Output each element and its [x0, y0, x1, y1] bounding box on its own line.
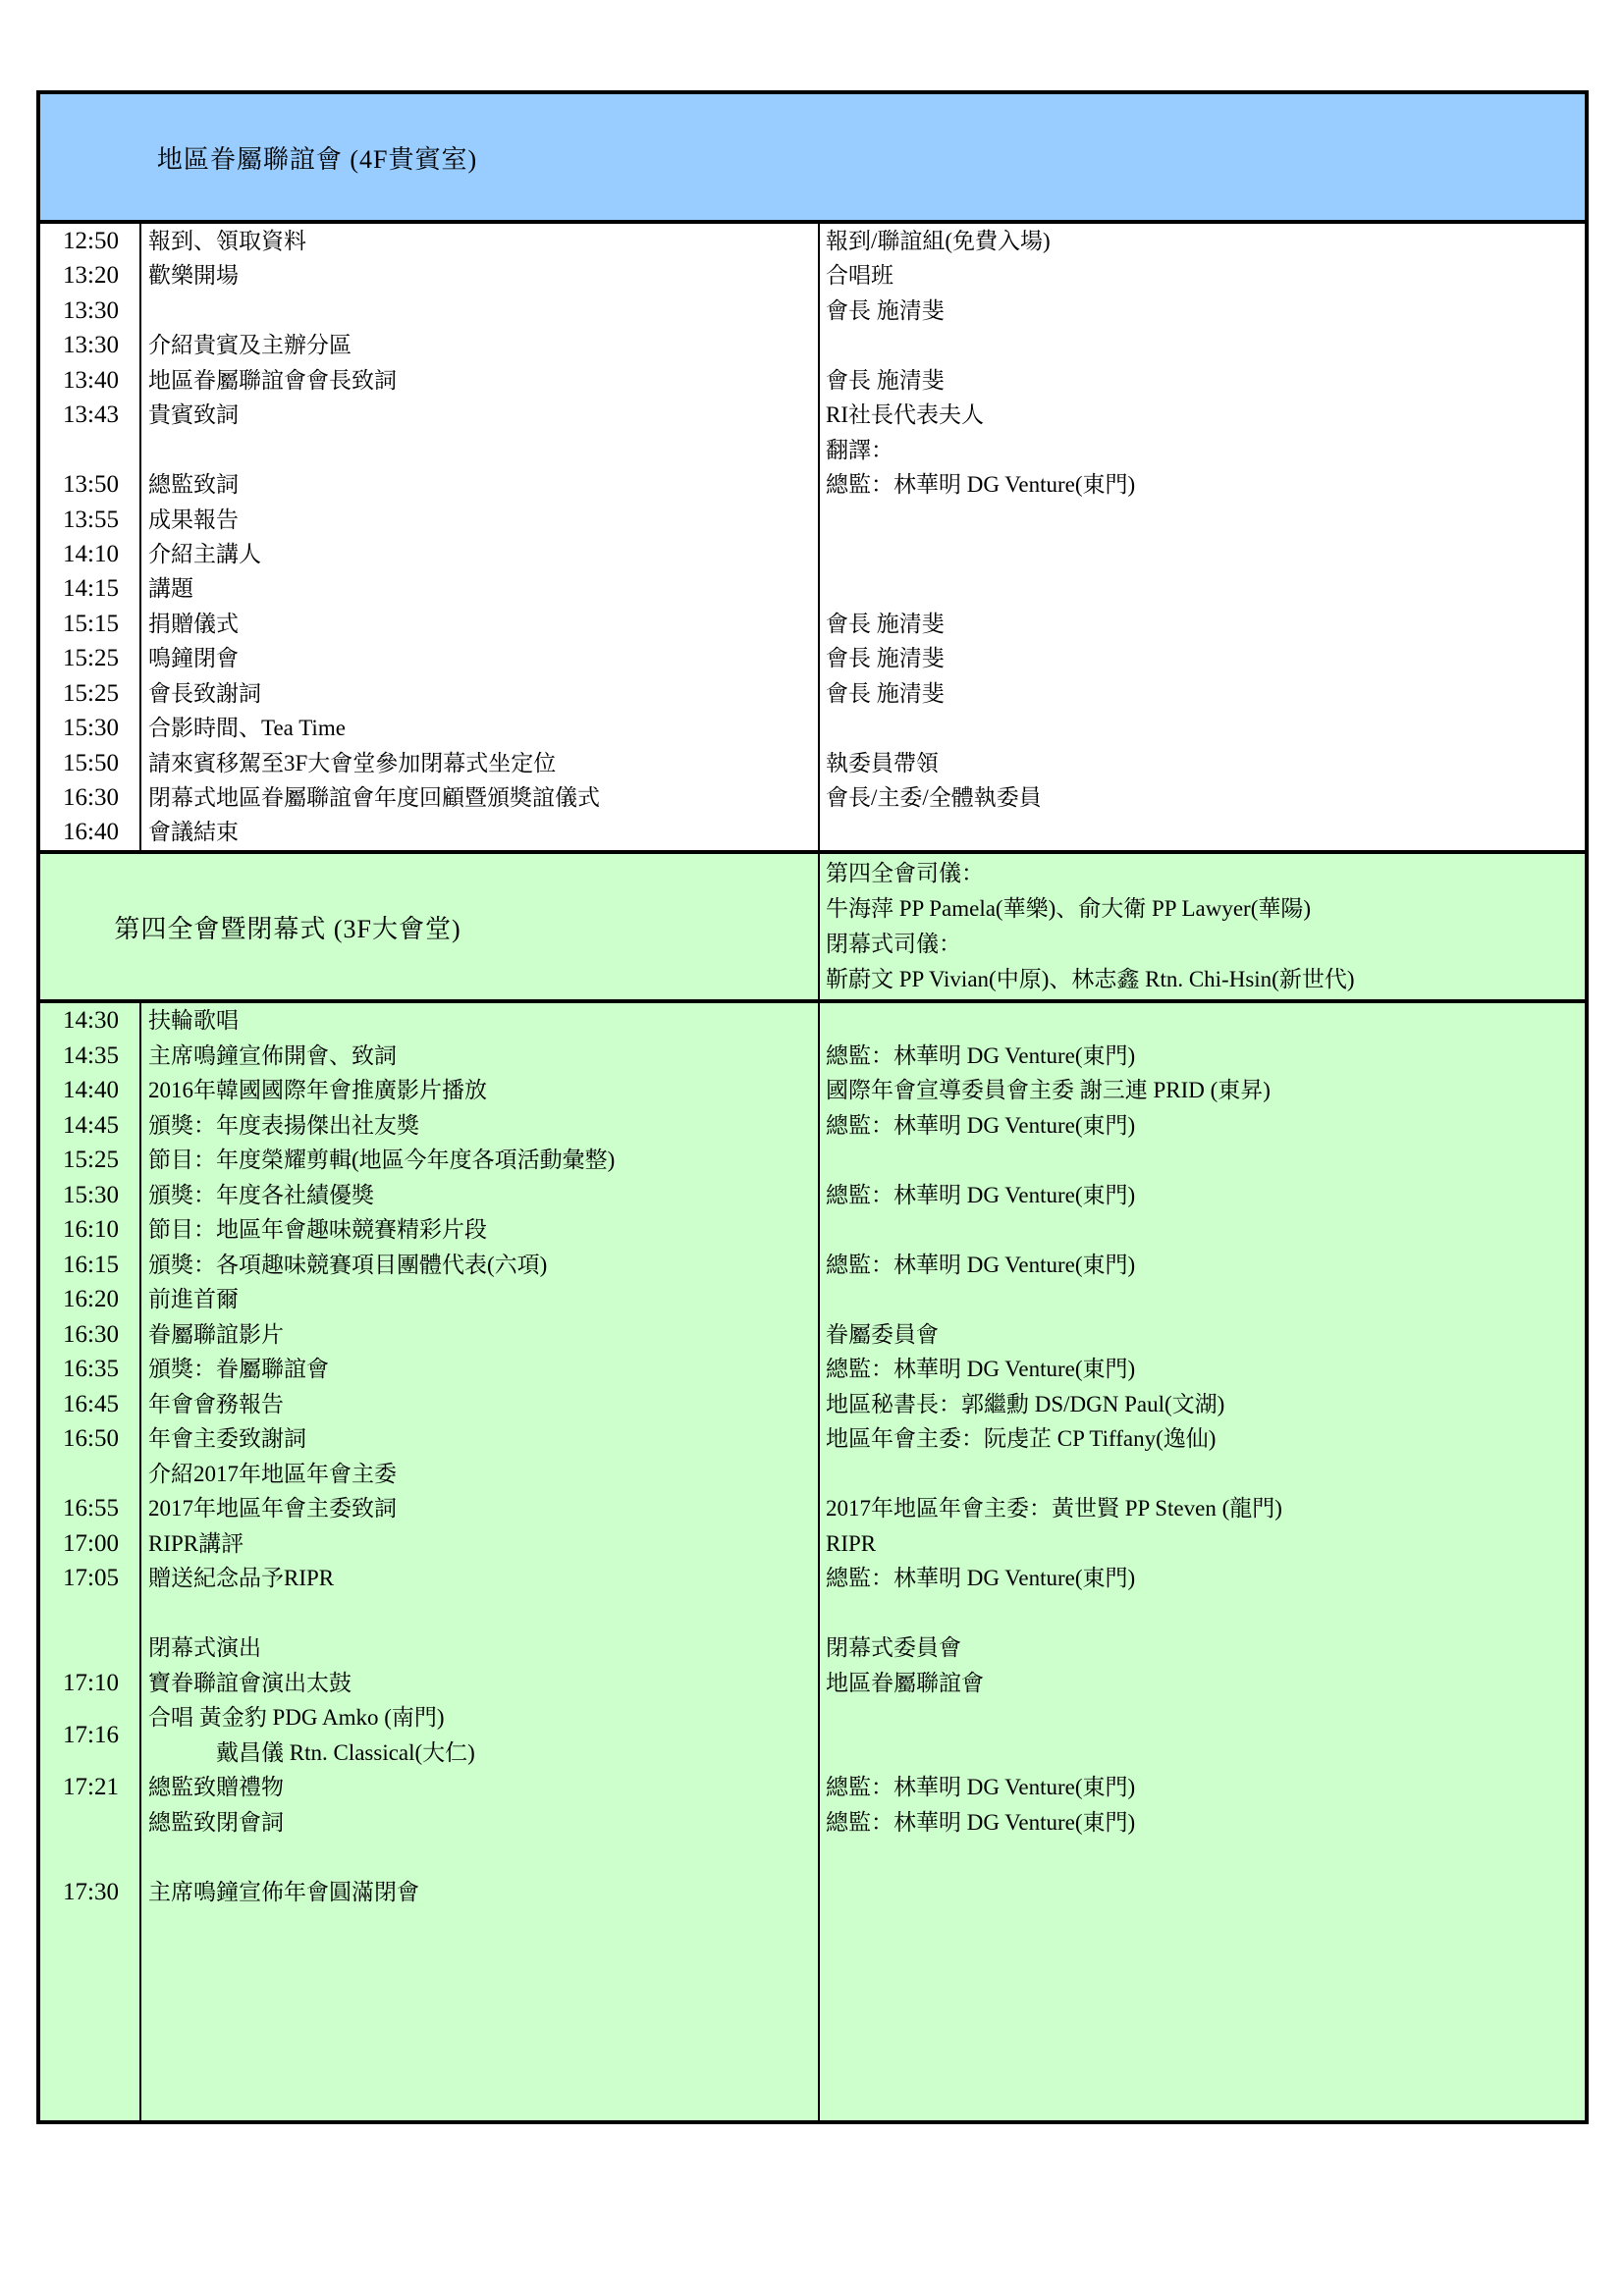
time-cell: 16:15	[40, 1248, 141, 1283]
event-line: 2017年地區年會主委致詞	[148, 1491, 820, 1526]
time-cell: 16:50	[40, 1421, 141, 1457]
time-cell	[40, 433, 141, 467]
staff-cell: 2017年地區年會主委：黃世賢 PP Steven (龍門)	[820, 1491, 1585, 1526]
time-cell: 13:30	[40, 328, 141, 362]
time-cell	[40, 1630, 141, 1666]
emcee-line: 第四全會司儀：	[820, 856, 1585, 891]
section1-title: 地區眷屬聯誼會 (4F貴賓室)	[40, 94, 594, 220]
event-cell: 合影時間、Tea Time	[141, 711, 820, 745]
staff-cell: 合唱班	[820, 258, 1585, 293]
time-cell: 13:30	[40, 294, 141, 328]
time-cell: 15:50	[40, 746, 141, 780]
time-cell: 16:30	[40, 1317, 141, 1353]
event-cell: 主席鳴鐘宣佈年會圓滿閉會	[141, 1875, 820, 1910]
staff-cell: 總監：林華明 DG Venture(東門)	[820, 1108, 1585, 1144]
staff-cell: 地區年會主委：阮虔芷 CP Tiffany(逸仙)	[820, 1421, 1585, 1457]
time-cell: 14:40	[40, 1073, 141, 1108]
schedule-row: 介紹2017年地區年會主委	[40, 1457, 1585, 1492]
time-cell: 16:30	[40, 780, 141, 815]
schedule-row: 15:25會長致謝詞會長 施清斐	[40, 676, 1585, 711]
event-cell	[141, 433, 820, 467]
event-cell: 介紹主講人	[141, 537, 820, 571]
schedule-row: 16:552017年地區年會主委致詞2017年地區年會主委：黃世賢 PP Ste…	[40, 1491, 1585, 1526]
schedule-row: 閉幕式演出閉幕式委員會	[40, 1630, 1585, 1666]
time-cell: 13:40	[40, 363, 141, 398]
time-cell: 14:45	[40, 1108, 141, 1144]
event-line: 鳴鐘閉會	[148, 641, 820, 675]
event-cell: 贈送紀念品予RIPR	[141, 1561, 820, 1596]
section2-header-band: 第四全會暨閉幕式 (3F大會堂) 第四全會司儀：牛海萍 PP Pamela(華樂…	[40, 854, 1585, 1003]
schedule-row: 14:35主席鳴鐘宣佈開會、致詞總監：林華明 DG Venture(東門)	[40, 1039, 1585, 1074]
time-cell: 17:30	[40, 1875, 141, 1910]
event-line: 年會主委致謝詞	[148, 1421, 820, 1457]
staff-cell: 總監：林華明 DG Venture(東門)	[820, 1248, 1585, 1283]
schedule-row: 14:15講題	[40, 571, 1585, 606]
event-cell: 成果報告	[141, 503, 820, 537]
staff-cell	[820, 1003, 1585, 1039]
staff-cell	[820, 537, 1585, 571]
event-cell: 報到、領取資料	[141, 224, 820, 258]
event-line: 會議結束	[148, 815, 820, 849]
event-line: 講題	[148, 571, 820, 606]
staff-cell: 總監：林華明 DG Venture(東門)	[820, 1352, 1585, 1387]
event-line: 請來賓移駕至3F大會堂參加閉幕式坐定位	[148, 746, 820, 780]
schedule-row: 16:40會議結束	[40, 815, 1585, 849]
staff-cell: 翻譯：	[820, 433, 1585, 467]
event-cell: 會議結束	[141, 815, 820, 849]
event-line: 主席鳴鐘宣佈年會圓滿閉會	[148, 1875, 820, 1910]
time-cell: 13:20	[40, 258, 141, 293]
schedule-row: 16:10節目：地區年會趣味競賽精彩片段	[40, 1212, 1585, 1248]
time-cell: 12:50	[40, 224, 141, 258]
event-line: 歡樂開場	[148, 258, 820, 293]
time-cell: 17:21	[40, 1770, 141, 1805]
event-line: 頒獎：各項趣味競賽項目團體代表(六項)	[148, 1248, 820, 1283]
event-cell	[141, 1596, 820, 1631]
event-cell: 合唱 黃金豹 PDG Amko (南門) 戴昌儀 Rtn. Classical(…	[141, 1700, 820, 1770]
event-cell: 介紹貴賓及主辦分區	[141, 328, 820, 362]
event-cell: 總監致閉會詞	[141, 1805, 820, 1841]
schedule-row: 16:30閉幕式地區眷屬聯誼會年度回顧暨頒獎誼儀式會長/主委/全體執委員	[40, 780, 1585, 815]
time-cell: 15:30	[40, 1178, 141, 1213]
event-line: 節目：地區年會趣味競賽精彩片段	[148, 1212, 820, 1248]
section1-header-band: 地區眷屬聯誼會 (4F貴賓室)	[40, 94, 1585, 224]
schedule-row: 15:25鳴鐘閉會會長 施清斐	[40, 641, 1585, 675]
event-cell: 頒獎：各項趣味競賽項目團體代表(六項)	[141, 1248, 820, 1283]
staff-cell	[820, 1457, 1585, 1492]
event-line: 眷屬聯誼影片	[148, 1317, 820, 1353]
event-cell: 扶輪歌唱	[141, 1003, 820, 1039]
staff-cell: 總監：林華明 DG Venture(東門)	[820, 1039, 1585, 1074]
event-line: 節目：年度榮耀剪輯(地區今年度各項活動彙整)	[148, 1143, 820, 1178]
time-cell: 13:50	[40, 467, 141, 502]
time-cell: 14:30	[40, 1003, 141, 1039]
time-cell: 15:25	[40, 1143, 141, 1178]
event-cell: 總監致贈禮物	[141, 1770, 820, 1805]
event-line: 總監致詞	[148, 467, 820, 502]
schedule-row: 17:05贈送紀念品予RIPR總監：林華明 DG Venture(東門)	[40, 1561, 1585, 1596]
event-line: 會長致謝詞	[148, 676, 820, 711]
time-cell: 17:10	[40, 1666, 141, 1701]
schedule-row: 13:55成果報告	[40, 503, 1585, 537]
staff-cell: 閉幕式委員會	[820, 1630, 1585, 1666]
time-cell	[40, 1805, 141, 1841]
schedule-row: 14:402016年韓國國際年會推廣影片播放國際年會宣導委員會主委 謝三連 PR…	[40, 1073, 1585, 1108]
event-line: 報到、領取資料	[148, 224, 820, 258]
schedule-row: 13:43貴賓致詞RI社長代表夫人	[40, 398, 1585, 432]
schedule-row: 14:45頒獎：年度表揚傑出社友獎總監：林華明 DG Venture(東門)	[40, 1108, 1585, 1144]
staff-cell	[820, 1143, 1585, 1178]
emcee-line: 靳蔚文 PP Vivian(中原)、林志鑫 Rtn. Chi-Hsin(新世代)	[820, 962, 1585, 997]
event-cell	[141, 1840, 820, 1875]
event-line: 合影時間、Tea Time	[148, 711, 820, 745]
event-line: 寶眷聯誼會演出太鼓	[148, 1666, 820, 1701]
time-cell: 17:05	[40, 1561, 141, 1596]
time-cell	[40, 1596, 141, 1631]
time-cell: 15:25	[40, 676, 141, 711]
schedule-row: 17:00RIPR講評RIPR	[40, 1526, 1585, 1562]
event-line: 成果報告	[148, 503, 820, 537]
event-line: 介紹2017年地區年會主委	[148, 1457, 820, 1492]
section1-schedule-table: 12:50報到、領取資料報到/聯誼組(免費入場)13:20歡樂開場合唱班13:3…	[40, 224, 1585, 854]
schedule-row: 17:10寶眷聯誼會演出太鼓地區眷屬聯誼會	[40, 1666, 1585, 1701]
time-cell: 16:40	[40, 815, 141, 849]
event-cell: 閉幕式地區眷屬聯誼會年度回顧暨頒獎誼儀式	[141, 780, 820, 815]
staff-cell: 會長 施清斐	[820, 294, 1585, 328]
event-line: 2016年韓國國際年會推廣影片播放	[148, 1073, 820, 1108]
staff-cell: 會長 施清斐	[820, 363, 1585, 398]
schedule-row: 15:25節目：年度榮耀剪輯(地區今年度各項活動彙整)	[40, 1143, 1585, 1178]
schedule-row	[40, 1840, 1585, 1875]
staff-cell: 眷屬委員會	[820, 1317, 1585, 1353]
section2-schedule-table: 14:30扶輪歌唱14:35主席鳴鐘宣佈開會、致詞總監：林華明 DG Ventu…	[40, 1003, 1585, 2120]
time-cell: 15:25	[40, 641, 141, 675]
schedule-row: 15:15捐贈儀式會長 施清斐	[40, 607, 1585, 641]
agenda-sheet: 地區眷屬聯誼會 (4F貴賓室) 12:50報到、領取資料報到/聯誼組(免費入場)…	[36, 90, 1589, 2124]
staff-cell: 總監：林華明 DG Venture(東門)	[820, 467, 1585, 502]
schedule-row: 16:35頒獎：眷屬聯誼會總監：林華明 DG Venture(東門)	[40, 1352, 1585, 1387]
time-cell	[40, 1457, 141, 1492]
event-line: 總監致閉會詞	[148, 1805, 820, 1841]
staff-cell	[820, 1840, 1585, 1875]
staff-cell: 會長 施清斐	[820, 607, 1585, 641]
staff-cell: 會長/主委/全體執委員	[820, 780, 1585, 815]
staff-cell: 會長 施清斐	[820, 676, 1585, 711]
event-line: RIPR講評	[148, 1526, 820, 1562]
staff-cell	[820, 328, 1585, 362]
staff-cell: 總監：林華明 DG Venture(東門)	[820, 1561, 1585, 1596]
schedule-row: 13:20歡樂開場合唱班	[40, 258, 1585, 293]
staff-cell: 地區眷屬聯誼會	[820, 1666, 1585, 1701]
time-cell: 16:35	[40, 1352, 141, 1387]
time-cell: 16:10	[40, 1212, 141, 1248]
event-line: 地區眷屬聯誼會會長致詞	[148, 363, 820, 398]
time-cell: 17:16	[40, 1700, 141, 1770]
staff-cell: 總監：林華明 DG Venture(東門)	[820, 1178, 1585, 1213]
event-line: 介紹貴賓及主辦分區	[148, 328, 820, 362]
schedule-row: 13:30會長 施清斐	[40, 294, 1585, 328]
schedule-row: 13:30介紹貴賓及主辦分區	[40, 328, 1585, 362]
event-line: 年會會務報告	[148, 1387, 820, 1422]
event-cell: 總監致詞	[141, 467, 820, 502]
event-line: 贈送紀念品予RIPR	[148, 1561, 820, 1596]
event-cell: 2017年地區年會主委致詞	[141, 1491, 820, 1526]
time-cell: 14:10	[40, 537, 141, 571]
event-line: 頒獎：眷屬聯誼會	[148, 1352, 820, 1387]
event-cell: 前進首爾	[141, 1282, 820, 1317]
event-cell: 會長致謝詞	[141, 676, 820, 711]
staff-cell: 國際年會宣導委員會主委 謝三連 PRID (東昇)	[820, 1073, 1585, 1108]
staff-cell: 總監：林華明 DG Venture(東門)	[820, 1805, 1585, 1841]
staff-cell	[820, 1212, 1585, 1248]
staff-cell: RIPR	[820, 1526, 1585, 1562]
schedule-row: 13:50總監致詞總監：林華明 DG Venture(東門)	[40, 467, 1585, 502]
staff-cell	[820, 503, 1585, 537]
event-cell	[141, 294, 820, 328]
staff-cell: 報到/聯誼組(免費入場)	[820, 224, 1585, 258]
schedule-row: 16:15頒獎：各項趣味競賽項目團體代表(六項)總監：林華明 DG Ventur…	[40, 1248, 1585, 1283]
agenda-page: { "colors": { "section1_header_bg": "#99…	[0, 0, 1624, 2296]
section2-emcee-block: 第四全會司儀：牛海萍 PP Pamela(華樂)、俞大衛 PP Lawyer(華…	[820, 856, 1585, 997]
event-line: 閉幕式演出	[148, 1630, 820, 1666]
section2-title: 第四全會暨閉幕式 (3F大會堂)	[40, 854, 535, 999]
event-cell: 頒獎：年度表揚傑出社友獎	[141, 1108, 820, 1144]
event-cell: 貴賓致詞	[141, 398, 820, 432]
staff-cell	[820, 1596, 1585, 1631]
schedule-row: 14:10介紹主講人	[40, 537, 1585, 571]
event-line: 頒獎：年度各社績優獎	[148, 1178, 820, 1213]
event-cell: 閉幕式演出	[141, 1630, 820, 1666]
event-line: 戴昌儀 Rtn. Classical(大仁)	[148, 1735, 820, 1771]
schedule-row: 14:30扶輪歌唱	[40, 1003, 1585, 1039]
event-line: 介紹主講人	[148, 537, 820, 571]
time-cell: 15:30	[40, 711, 141, 745]
staff-cell	[820, 1282, 1585, 1317]
schedule-row: 16:50年會主委致謝詞地區年會主委：阮虔芷 CP Tiffany(逸仙)	[40, 1421, 1585, 1457]
event-cell: 鳴鐘閉會	[141, 641, 820, 675]
event-cell: RIPR講評	[141, 1526, 820, 1562]
time-cell: 15:15	[40, 607, 141, 641]
time-cell: 13:55	[40, 503, 141, 537]
event-cell: 歡樂開場	[141, 258, 820, 293]
staff-cell: 地區秘書長：郭繼勳 DS/DGN Paul(文湖)	[820, 1387, 1585, 1422]
staff-cell: RI社長代表夫人	[820, 398, 1585, 432]
emcee-line: 牛海萍 PP Pamela(華樂)、俞大衛 PP Lawyer(華陽)	[820, 891, 1585, 927]
event-cell: 年會會務報告	[141, 1387, 820, 1422]
event-cell: 頒獎：年度各社績優獎	[141, 1178, 820, 1213]
staff-cell: 總監：林華明 DG Venture(東門)	[820, 1770, 1585, 1805]
event-cell: 節目：地區年會趣味競賽精彩片段	[141, 1212, 820, 1248]
schedule-row: 12:50報到、領取資料報到/聯誼組(免費入場)	[40, 224, 1585, 258]
staff-cell	[820, 571, 1585, 606]
schedule-row: 13:40地區眷屬聯誼會會長致詞會長 施清斐	[40, 363, 1585, 398]
emcee-line: 閉幕式司儀：	[820, 927, 1585, 962]
event-cell: 介紹2017年地區年會主委	[141, 1457, 820, 1492]
event-cell: 2016年韓國國際年會推廣影片播放	[141, 1073, 820, 1108]
staff-cell: 執委員帶領	[820, 746, 1585, 780]
event-cell: 主席鳴鐘宣佈開會、致詞	[141, 1039, 820, 1074]
event-line: 閉幕式地區眷屬聯誼會年度回顧暨頒獎誼儀式	[148, 780, 820, 815]
event-cell: 請來賓移駕至3F大會堂參加閉幕式坐定位	[141, 746, 820, 780]
schedule-row	[40, 1596, 1585, 1631]
event-line: 貴賓致詞	[148, 398, 820, 432]
event-cell: 地區眷屬聯誼會會長致詞	[141, 363, 820, 398]
staff-cell	[820, 1875, 1585, 1910]
time-cell: 16:20	[40, 1282, 141, 1317]
event-cell: 寶眷聯誼會演出太鼓	[141, 1666, 820, 1701]
schedule-row: 17:16合唱 黃金豹 PDG Amko (南門) 戴昌儀 Rtn. Class…	[40, 1700, 1585, 1770]
schedule-row: 15:30頒獎：年度各社績優獎總監：林華明 DG Venture(東門)	[40, 1178, 1585, 1213]
schedule-row: 15:50請來賓移駕至3F大會堂參加閉幕式坐定位執委員帶領	[40, 746, 1585, 780]
schedule-row: 總監致閉會詞總監：林華明 DG Venture(東門)	[40, 1805, 1585, 1841]
staff-cell	[820, 1700, 1585, 1770]
event-line: 總監致贈禮物	[148, 1770, 820, 1805]
time-cell: 17:00	[40, 1526, 141, 1562]
time-cell: 16:45	[40, 1387, 141, 1422]
event-cell: 眷屬聯誼影片	[141, 1317, 820, 1353]
staff-cell	[820, 711, 1585, 745]
event-line: 頒獎：年度表揚傑出社友獎	[148, 1108, 820, 1144]
schedule-row: 翻譯：	[40, 433, 1585, 467]
event-cell: 節目：年度榮耀剪輯(地區今年度各項活動彙整)	[141, 1143, 820, 1178]
event-line: 捐贈儀式	[148, 607, 820, 641]
schedule-row: 16:30眷屬聯誼影片眷屬委員會	[40, 1317, 1585, 1353]
time-cell	[40, 1840, 141, 1875]
schedule-row: 17:30主席鳴鐘宣佈年會圓滿閉會	[40, 1875, 1585, 1910]
event-line: 前進首爾	[148, 1282, 820, 1317]
schedule-row: 17:21總監致贈禮物總監：林華明 DG Venture(東門)	[40, 1770, 1585, 1805]
event-line: 主席鳴鐘宣佈開會、致詞	[148, 1039, 820, 1074]
time-cell: 14:15	[40, 571, 141, 606]
time-cell: 14:35	[40, 1039, 141, 1074]
schedule-row: 16:20前進首爾	[40, 1282, 1585, 1317]
schedule-row: 16:45年會會務報告地區秘書長：郭繼勳 DS/DGN Paul(文湖)	[40, 1387, 1585, 1422]
event-cell: 年會主委致謝詞	[141, 1421, 820, 1457]
staff-cell: 會長 施清斐	[820, 641, 1585, 675]
staff-cell	[820, 815, 1585, 849]
event-cell: 頒獎：眷屬聯誼會	[141, 1352, 820, 1387]
event-cell: 講題	[141, 571, 820, 606]
event-line: 扶輪歌唱	[148, 1003, 820, 1039]
time-cell: 13:43	[40, 398, 141, 432]
time-cell: 16:55	[40, 1491, 141, 1526]
event-cell: 捐贈儀式	[141, 607, 820, 641]
schedule-row: 15:30合影時間、Tea Time	[40, 711, 1585, 745]
event-line: 合唱 黃金豹 PDG Amko (南門)	[148, 1700, 820, 1735]
